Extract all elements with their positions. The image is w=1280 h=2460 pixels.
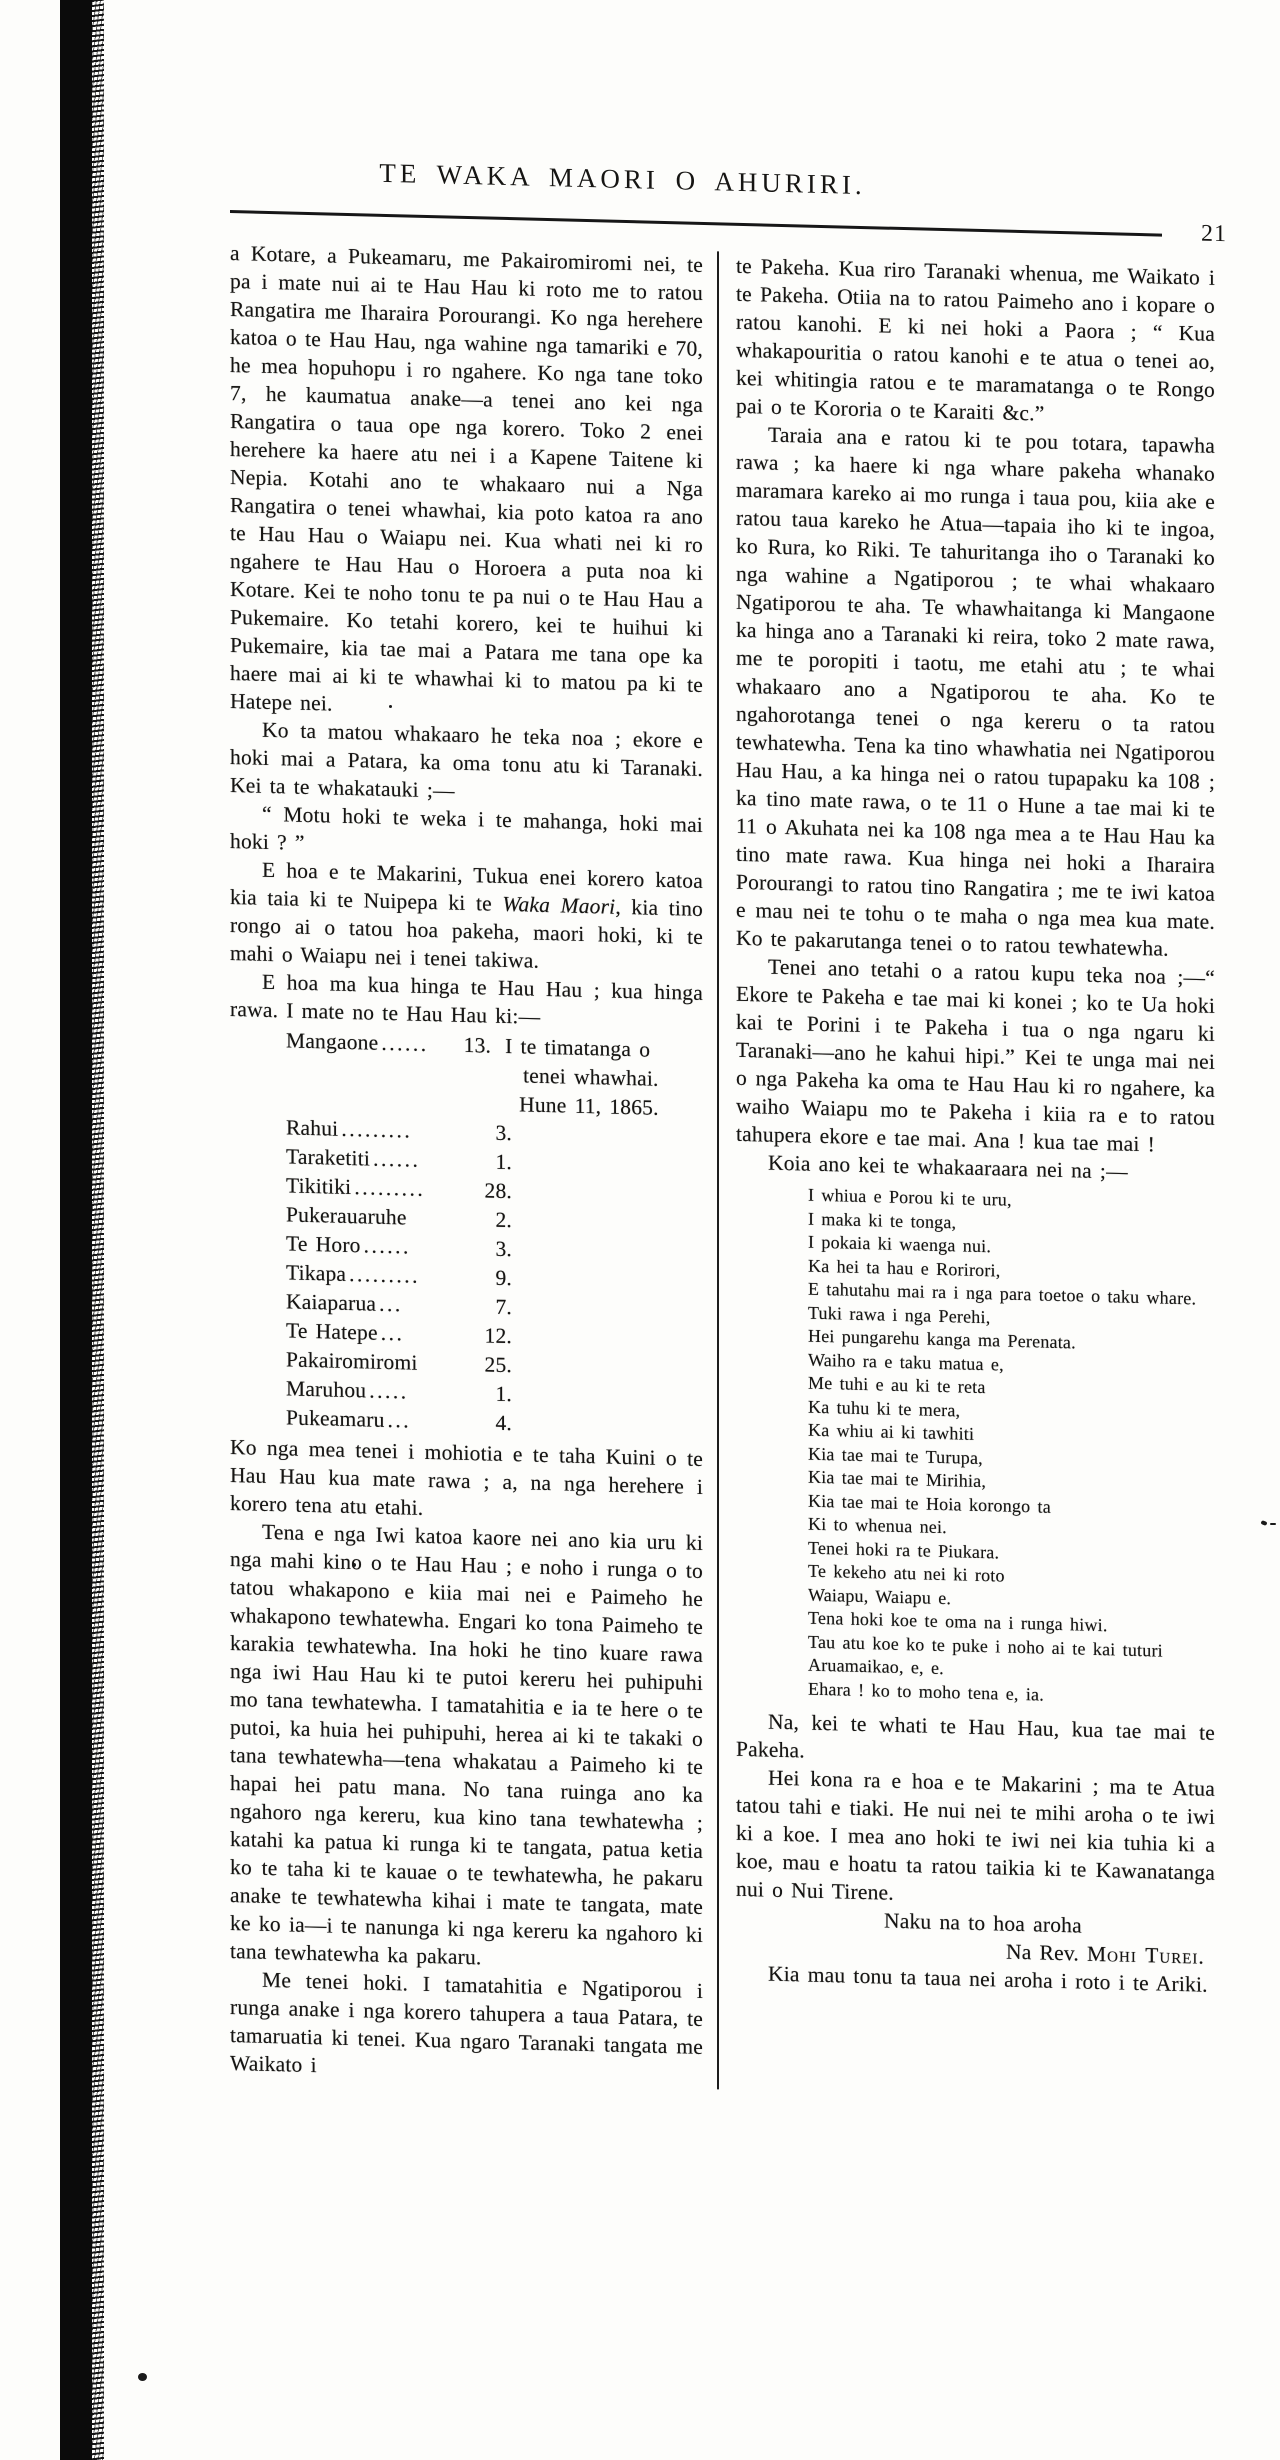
signature-prefix: Na Rev. [1006, 1940, 1087, 1966]
casualty-count: 1. [464, 1147, 512, 1177]
casualty-place: Maruhou [286, 1374, 366, 1405]
paragraph-pakeha: te Pakeha. Kua riro Taranaki whenua, me … [736, 252, 1215, 432]
leader-dots [418, 1349, 464, 1379]
casualty-count: 4. [464, 1408, 512, 1438]
casualty-note-line: Hune 11, 1865. [519, 1090, 703, 1124]
leader-dots: ......... [338, 1115, 464, 1147]
paragraph-ngatiporou: Me tenei hoki. I tamatahitia e Ngatiporo… [230, 1965, 703, 2089]
casualty-list: Mangaone ...... 13. I te timatanga otene… [230, 1025, 703, 1443]
casualty-count: 25. [464, 1350, 512, 1380]
binding-edge-texture [92, 0, 104, 2460]
casualty-place: Pukerauaruhe [286, 1200, 407, 1232]
paragraph-continuation: a Kotare, a Pukeamaru, me Pakairomiromi … [230, 239, 703, 727]
casualty-note-line: tenei whawhai. [523, 1061, 703, 1095]
casualty-place: Te Horo [286, 1229, 361, 1260]
casualty-place: Pukeamaru [286, 1403, 385, 1434]
paragraph-hei-kona: Hei kona ra e hoa e te Makarini ; ma te … [736, 1763, 1215, 1915]
casualty-row: Pukeamaru ... 4. [286, 1403, 512, 1438]
casualty-place: Kaiaparua [286, 1287, 376, 1318]
scan-artifact [352, 1563, 356, 1567]
book-binding-strip [60, 0, 92, 2460]
casualty-place: Taraketiti [286, 1142, 370, 1173]
casualty-count: 9. [464, 1263, 512, 1293]
casualty-rows: Rahui ......... 3. Taraketiti ...... 1. [286, 1113, 512, 1438]
casualty-count: 1. [464, 1379, 512, 1409]
waiata-poem: I whiua e Porou ki te uru,I maka ki te t… [736, 1182, 1215, 1711]
page-number: 21 [1201, 221, 1227, 249]
casualty-count: 3. [464, 1234, 512, 1264]
casualty-place: Tikapa [286, 1258, 346, 1289]
leader-dots: ... [376, 1290, 464, 1321]
casualty-note: I te timatanga otenei whawhai.Hune 11, 1… [505, 1032, 703, 1124]
casualty-first-row-with-note: Mangaone ...... 13. I te timatanga otene… [230, 1025, 703, 1124]
leader-dots: ... [385, 1406, 464, 1437]
casualty-place: Rahui [286, 1113, 338, 1143]
leader-dots: ... [378, 1319, 464, 1350]
scan-artifact [1270, 1523, 1276, 1525]
casualty-place: Pakairomiromi [286, 1345, 418, 1377]
casualty-row: Mangaone ...... 13. [286, 1026, 491, 1118]
casualty-place: Te Hatepe [286, 1316, 378, 1347]
casualty-count: 12. [464, 1321, 512, 1351]
scan-artifact [1260, 1520, 1267, 1526]
paragraph-makarini: E hoa e te Makarini, Tukua enei korero k… [230, 855, 703, 979]
scan-artifact [138, 2373, 147, 2381]
waka-maori-italic: Waka Maori [502, 892, 615, 919]
paragraph-paimeho: Tena e nga Iwi katoa kaore nei ano kia u… [230, 1517, 703, 1977]
casualty-place: Tikitiki [286, 1171, 351, 1202]
left-column: a Kotare, a Pukeamaru, me Pakairomiromi … [230, 239, 717, 2089]
leader-dots: ..... [366, 1376, 464, 1407]
text-columns: a Kotare, a Pukeamaru, me Pakairomiromi … [230, 239, 1215, 2102]
signature-author: Mohi Turei. [1087, 1942, 1205, 1969]
paragraph-hinga: E hoa ma kua hinga te Hau Hau ; kua hing… [230, 967, 703, 1035]
casualty-place: Mangaone [286, 1026, 378, 1057]
paragraph-whakaaro: Ko ta matou whakaaro he teka noa ; ekore… [230, 715, 703, 811]
leader-dots: ...... [378, 1029, 443, 1060]
leader-dots: ......... [346, 1260, 464, 1292]
casualty-count: 3. [464, 1118, 512, 1148]
paragraph-mohiotia: Ko nga mea tenei i mohiotia e te taha Ku… [230, 1433, 703, 1529]
casualty-count: 7. [464, 1292, 512, 1322]
leader-dots [407, 1203, 464, 1233]
paragraph-kupu-teka: Tenei ano tetahi o a ratou kupu teka noa… [736, 952, 1215, 1160]
casualty-count: 13. [443, 1030, 491, 1060]
leader-dots: ...... [370, 1145, 464, 1176]
paragraph-taraia: Taraia ana e ratou ki te pou totara, tap… [736, 420, 1215, 964]
leader-dots: ...... [361, 1231, 464, 1263]
scan-artifact [389, 705, 392, 708]
masthead: TE WAKA MAORI O AHURIRI. 21 [230, 150, 1215, 231]
casualty-count: 28. [464, 1176, 512, 1206]
casualty-count: 2. [464, 1205, 512, 1235]
right-column: te Pakeha. Kua riro Taranaki whenua, me … [717, 251, 1215, 2102]
newspaper-title: TE WAKA MAORI O AHURIRI. [230, 150, 1015, 205]
leader-dots: ......... [351, 1173, 464, 1205]
scanned-newspaper-page: TE WAKA MAORI O AHURIRI. 21 a Kotare, a … [0, 0, 1280, 2460]
page-content: TE WAKA MAORI O AHURIRI. 21 a Kotare, a … [230, 150, 1215, 2102]
